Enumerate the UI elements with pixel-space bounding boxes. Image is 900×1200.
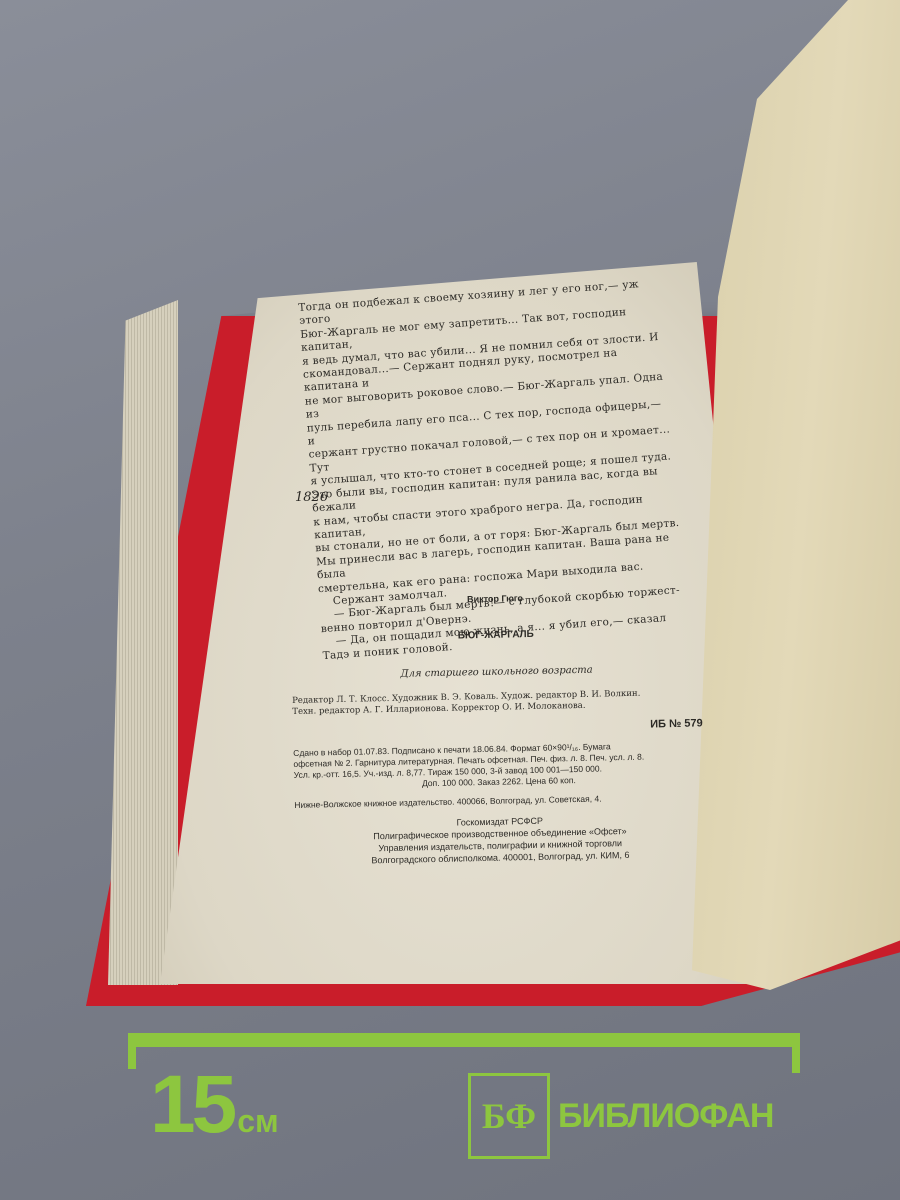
book-title: БЮГ-ЖАРГАЛЬ bbox=[291, 625, 701, 645]
bibliofan-logo: БФ БИБЛИОФАН bbox=[468, 1073, 774, 1159]
open-book-icon: БФ bbox=[468, 1073, 550, 1159]
audience-note: Для старшего школьного возраста bbox=[292, 662, 702, 682]
ruler-right-tick bbox=[792, 1033, 800, 1073]
credits: Редактор Л. Т. Клосс. Художник В. Э. Ков… bbox=[292, 687, 702, 718]
publisher: Нижне-Волжское книжное издательство. 400… bbox=[294, 791, 704, 810]
book-photo: Тогда он подбежал к своему хозяину и лег… bbox=[0, 0, 900, 1200]
size-unit: см bbox=[237, 1103, 278, 1139]
year: 1826 bbox=[295, 490, 328, 505]
size-label: 15см bbox=[150, 1058, 279, 1152]
size-number: 15 bbox=[150, 1059, 233, 1150]
logo-name: БИБЛИОФАН bbox=[558, 1097, 774, 1136]
page-stack bbox=[108, 300, 178, 985]
size-ruler bbox=[128, 1033, 800, 1047]
ruler-left-tick bbox=[128, 1033, 136, 1069]
print-details: Сдано в набор 01.07.83. Подписано к печа… bbox=[293, 739, 704, 792]
ib-number: ИБ № 579 bbox=[293, 717, 703, 738]
imprint-block: Виктор Гюго БЮГ-ЖАРГАЛЬ Для старшего шко… bbox=[290, 589, 706, 868]
printing-house: Госкомиздат РСФСР Полиграфическое произв… bbox=[295, 811, 706, 868]
logo-mark: БФ bbox=[482, 1095, 536, 1137]
